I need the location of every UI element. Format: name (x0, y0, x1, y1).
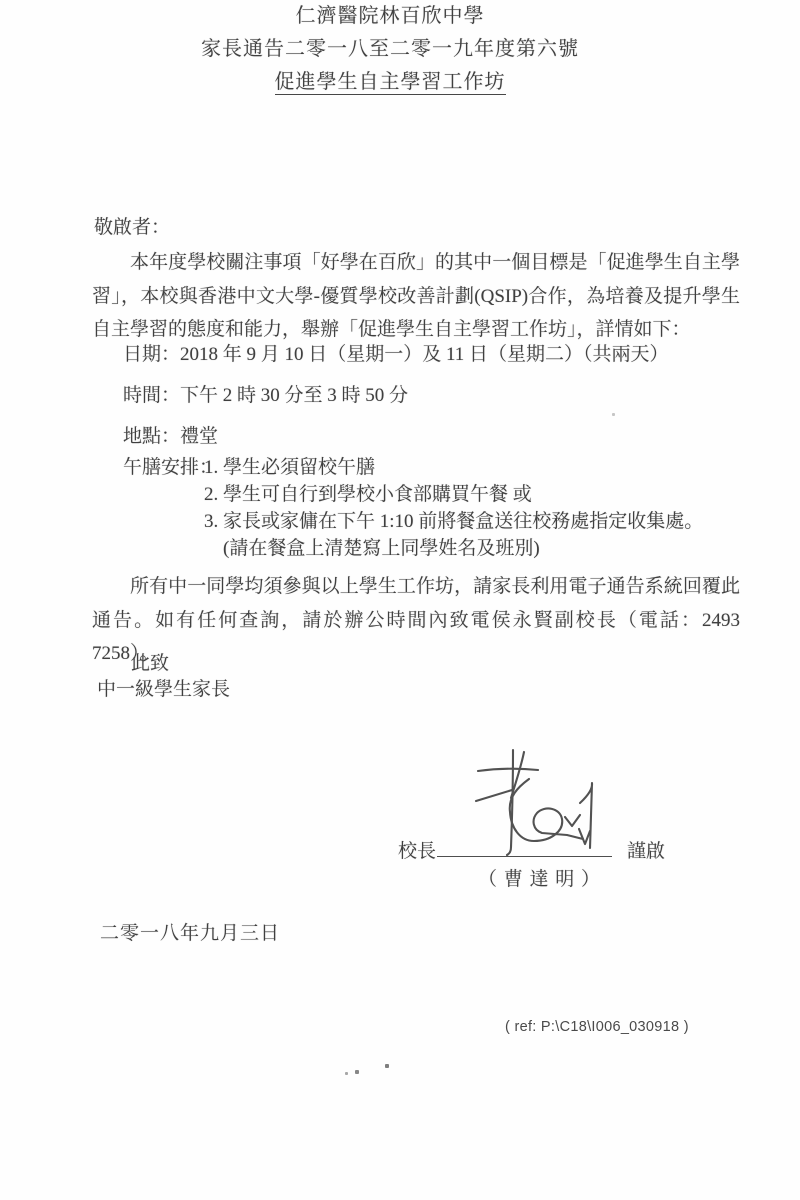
scan-speck (385, 1064, 389, 1068)
detail-label-venue: 地點： (123, 426, 180, 447)
detail-value-date: 2018 年 9 月 10 日（星期一）及 11 日（星期二）（共兩天） (180, 344, 669, 365)
detail-value-time: 下午 2 時 30 分至 3 時 50 分 (180, 385, 408, 406)
signer-name: （ 曹 達 明 ） (478, 864, 601, 891)
school-name: 仁濟醫院林百欣中學 (0, 0, 780, 33)
detail-row-date: 日期：2018 年 9 月 10 日（星期一）及 11 日（星期二）（共兩天） (123, 339, 669, 366)
recipient: 中一級學生家長 (97, 674, 230, 701)
lunch-item-1: 1. 學生必須留校午膳 (204, 452, 375, 479)
signature-line (437, 856, 612, 857)
signature-role-label: 校長 (398, 836, 436, 863)
scan-speck (612, 413, 615, 416)
lunch-note: (請在餐盒上清楚寫上同學姓名及班別) (223, 533, 540, 560)
detail-label-date: 日期： (123, 344, 180, 365)
scan-speck (345, 1072, 348, 1075)
notice-subject-text: 促進學生自主學習工作坊 (275, 71, 506, 95)
scan-speck (355, 1070, 359, 1074)
salutation: 敬啟者： (94, 212, 170, 239)
notice-header: 仁濟醫院林百欣中學 家長通告二零一八至二零一九年度第六號 促進學生自主學習工作坊 (0, 0, 780, 99)
valediction: 此致 (131, 648, 169, 675)
intro-paragraph: 本年度學校關注事項「好學在百欣」的其中一個目標是「促進學生自主學習」，本校與香港… (92, 246, 740, 347)
detail-row-venue: 地點：禮堂 (123, 421, 218, 448)
principal-signature-image (432, 735, 632, 860)
detail-value-venue: 禮堂 (180, 426, 218, 447)
signature-closing-label: 謹啟 (627, 836, 665, 863)
notice-number: 家長通告二零一八至二零一九年度第六號 (0, 33, 780, 66)
detail-row-time: 時間：下午 2 時 30 分至 3 時 50 分 (123, 380, 408, 407)
closing-paragraph: 所有中一同學均須參與以上學生工作坊，請家長利用電子通告系統回覆此通告。如有任何查… (92, 570, 740, 671)
scanned-notice-page: 仁濟醫院林百欣中學 家長通告二零一八至二零一九年度第六號 促進學生自主學習工作坊… (0, 0, 800, 1200)
reference-number: ( ref: P:\C18\I006_030918 ) (505, 1019, 689, 1035)
issue-date: 二零一八年九月三日 (100, 918, 280, 945)
detail-label-time: 時間： (123, 385, 180, 406)
notice-subject: 促進學生自主學習工作坊 (0, 66, 780, 99)
lunch-item-2: 2. 學生可自行到學校小食部購買午餐 或 (204, 479, 532, 506)
lunch-item-3: 3. 家長或家傭在下午 1:10 前將餐盒送往校務處指定收集處。 (204, 506, 703, 533)
